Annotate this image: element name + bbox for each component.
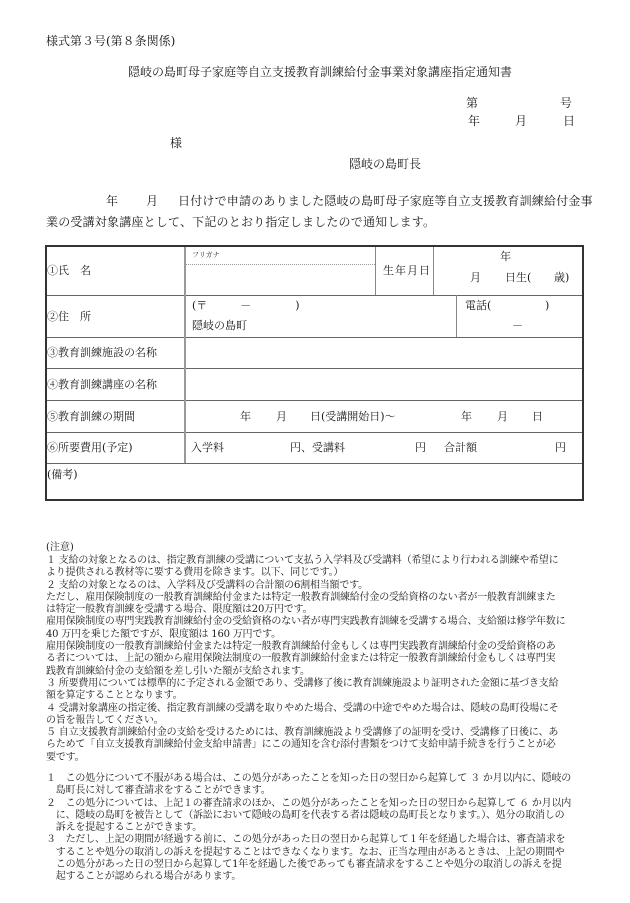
body-month: 月 xyxy=(146,194,158,208)
appeal-notice: １ この処分について不服がある場合は、この処分があったことを知った日の翌日から起… xyxy=(46,773,571,884)
birth-age: 歳) xyxy=(554,271,569,284)
body-line2: 業の受講対象講座として、下記のとおり指定しましたので通知します。 xyxy=(46,215,435,229)
cost-label: ⑥所要費用(予定) xyxy=(47,441,133,454)
note-line: １ 支給の対象となるのは、指定教育訓練の受講について支払う入学料及び受講料（希望… xyxy=(46,555,565,567)
appeal-line: ２ この処分については、上記１の審査請求のほか、この処分があったことを知った日の… xyxy=(46,798,571,810)
birth-month: 月 xyxy=(470,271,481,284)
birthdate-label: 生年月日 xyxy=(383,264,431,277)
body-line1: 日付けで申請のありました隠岐の島町母子家庭等自立支援教育訓練給付金事 xyxy=(178,194,593,208)
note-line: 要です。 xyxy=(46,752,565,764)
facility-field[interactable] xyxy=(186,339,582,367)
name-field[interactable] xyxy=(186,262,374,292)
note-line: より提供される教材等に要する費用を除きます。以下、同じです。） xyxy=(46,567,565,579)
appeal-line: することや処分の取消しの訴えを提起することはできなくなります。なお、正当な理由が… xyxy=(46,847,571,859)
recipient-honorific: 様 xyxy=(170,136,182,150)
appeal-line: に、隠岐の島町を被告として（訴訟において隠岐の島町を代表する者は隠岐の島町長とな… xyxy=(46,810,571,822)
tuition-yen: 円 xyxy=(415,441,426,454)
start-month: 月 xyxy=(276,410,287,423)
address-label: ②住 所 xyxy=(47,310,91,323)
note-line: 雇用保険制度の一般教育訓練給付金または特定一般教育訓練給付金もしくは専門実践教育… xyxy=(46,641,565,653)
issuer: 隠岐の島町長 xyxy=(349,157,421,171)
row-divider xyxy=(47,295,582,296)
end-year: 年 xyxy=(461,410,472,423)
phone-dash: － xyxy=(512,319,523,332)
column-divider xyxy=(456,295,457,337)
row-divider xyxy=(47,432,582,433)
note-line: る者については、上記の額から雇用保険法制度の一般教育訓練給付金または特定一般教育… xyxy=(46,653,565,665)
total-label: 合計額 xyxy=(444,441,477,454)
postal-code: (〒 － ) xyxy=(192,299,300,312)
appeal-line: １ この処分について不服がある場合は、この処分があったことを知った日の翌日から起… xyxy=(46,773,571,785)
remarks-field[interactable] xyxy=(47,482,582,498)
note-line: ４ 受講対象講座の指定後、指定教育訓練の受講を取りやめた場合、受講の中途でやめた… xyxy=(46,703,565,715)
appeal-line: この処分があった日の翌日から起算して1年を経過した後であっても審査請求をすること… xyxy=(46,859,571,871)
doc-number-prefix: 第 xyxy=(466,96,478,110)
appeal-line: 訴えを提起することができます。 xyxy=(46,822,571,834)
facility-label: ③教育訓練施設の名称 xyxy=(47,346,157,359)
address-town: 隠岐の島町 xyxy=(192,319,247,332)
date-day: 日 xyxy=(563,114,575,128)
furigana-label: フリガナ xyxy=(192,251,220,259)
row-divider xyxy=(47,400,582,401)
form-number: 様式第３号(第８条関係) xyxy=(46,34,175,48)
appeal-line: 島町長に対して審査請求をすることができます。 xyxy=(46,785,571,797)
birth-year: 年 xyxy=(500,250,511,263)
note-line: ５ 自立支援教育訓練給付金の支給を受けるためには、教育訓練施設より受講修了の証明… xyxy=(46,727,565,739)
note-line: ただし、雇用保険制度の一般教育訓練給付金または特定一般教育訓練給付金の受給資格の… xyxy=(46,592,565,604)
phone-close: ) xyxy=(545,299,549,312)
note-line: ２ 支給の対象となるのは、入学料及び受講料の合計額の6割相当額です。 xyxy=(46,580,565,592)
doc-number-suffix: 号 xyxy=(560,96,572,110)
name-label: ①氏 名 xyxy=(47,264,91,277)
body-year: 年 xyxy=(106,194,118,208)
row-divider xyxy=(47,368,582,369)
note-line: ３ 所要費用については標準的に予定される金額であり、受講修了後に教育訓練施設より… xyxy=(46,678,565,690)
note-line: の旨を報告してください。 xyxy=(46,715,565,727)
appeal-line: ３ ただし、上記の期間が経過する前に、この処分があった日の翌日から起算して１年を… xyxy=(46,834,571,846)
note-line: は特定一般教育訓練を受講する場合、限度額は20万円です。 xyxy=(46,604,565,616)
note-line: 雇用保険制度の専門実践教育訓練給付金の受給資格のない者が専門実践教育訓練を受講す… xyxy=(46,616,565,628)
column-divider xyxy=(375,247,376,295)
column-divider xyxy=(433,247,434,295)
course-label: ④教育訓練講座の名称 xyxy=(47,378,157,391)
note-line: 践教育訓練給付金の支給額を差し引いた額が支給されます。 xyxy=(46,666,565,678)
period-label: ⑤教育訓練の期間 xyxy=(47,410,135,423)
course-field[interactable] xyxy=(186,370,582,398)
start-day: 日(受講開始日)～ xyxy=(310,410,396,423)
end-day: 日 xyxy=(532,410,543,423)
date-year: 年 xyxy=(468,114,480,128)
note-line: 額を算定することとなります。 xyxy=(46,690,565,702)
tuition-label: 円、受講料 xyxy=(290,441,345,454)
start-year: 年 xyxy=(240,410,251,423)
date-month: 月 xyxy=(515,114,527,128)
remarks-label: (備考) xyxy=(47,468,78,481)
admission-fee-label: 入学料 xyxy=(191,441,224,454)
row-divider xyxy=(47,337,582,338)
note-line: らためて「自立支援教育訓練給付金支給申請書」にこの通知を含む添付書類をつけて支給… xyxy=(46,739,565,751)
total-yen: 円 xyxy=(555,441,566,454)
note-line: 40 万円を乗じた額ですが、限度額は 160 万円です。 xyxy=(46,629,565,641)
phone-label: 電話( xyxy=(465,299,491,312)
row-divider xyxy=(47,463,582,464)
birth-day: 日生( xyxy=(505,271,531,284)
end-month: 月 xyxy=(497,410,508,423)
document-title: 隠岐の島町母子家庭等自立支援教育訓練給付金事業対象講座指定通知書 xyxy=(128,65,512,79)
appeal-line: 起することが認められる場合があります。 xyxy=(46,871,571,883)
notes-heading: (注意) xyxy=(46,542,74,554)
notes-list: １ 支給の対象となるのは、指定教育訓練の受講について支払う入学料及び受講料（希望… xyxy=(46,555,565,764)
